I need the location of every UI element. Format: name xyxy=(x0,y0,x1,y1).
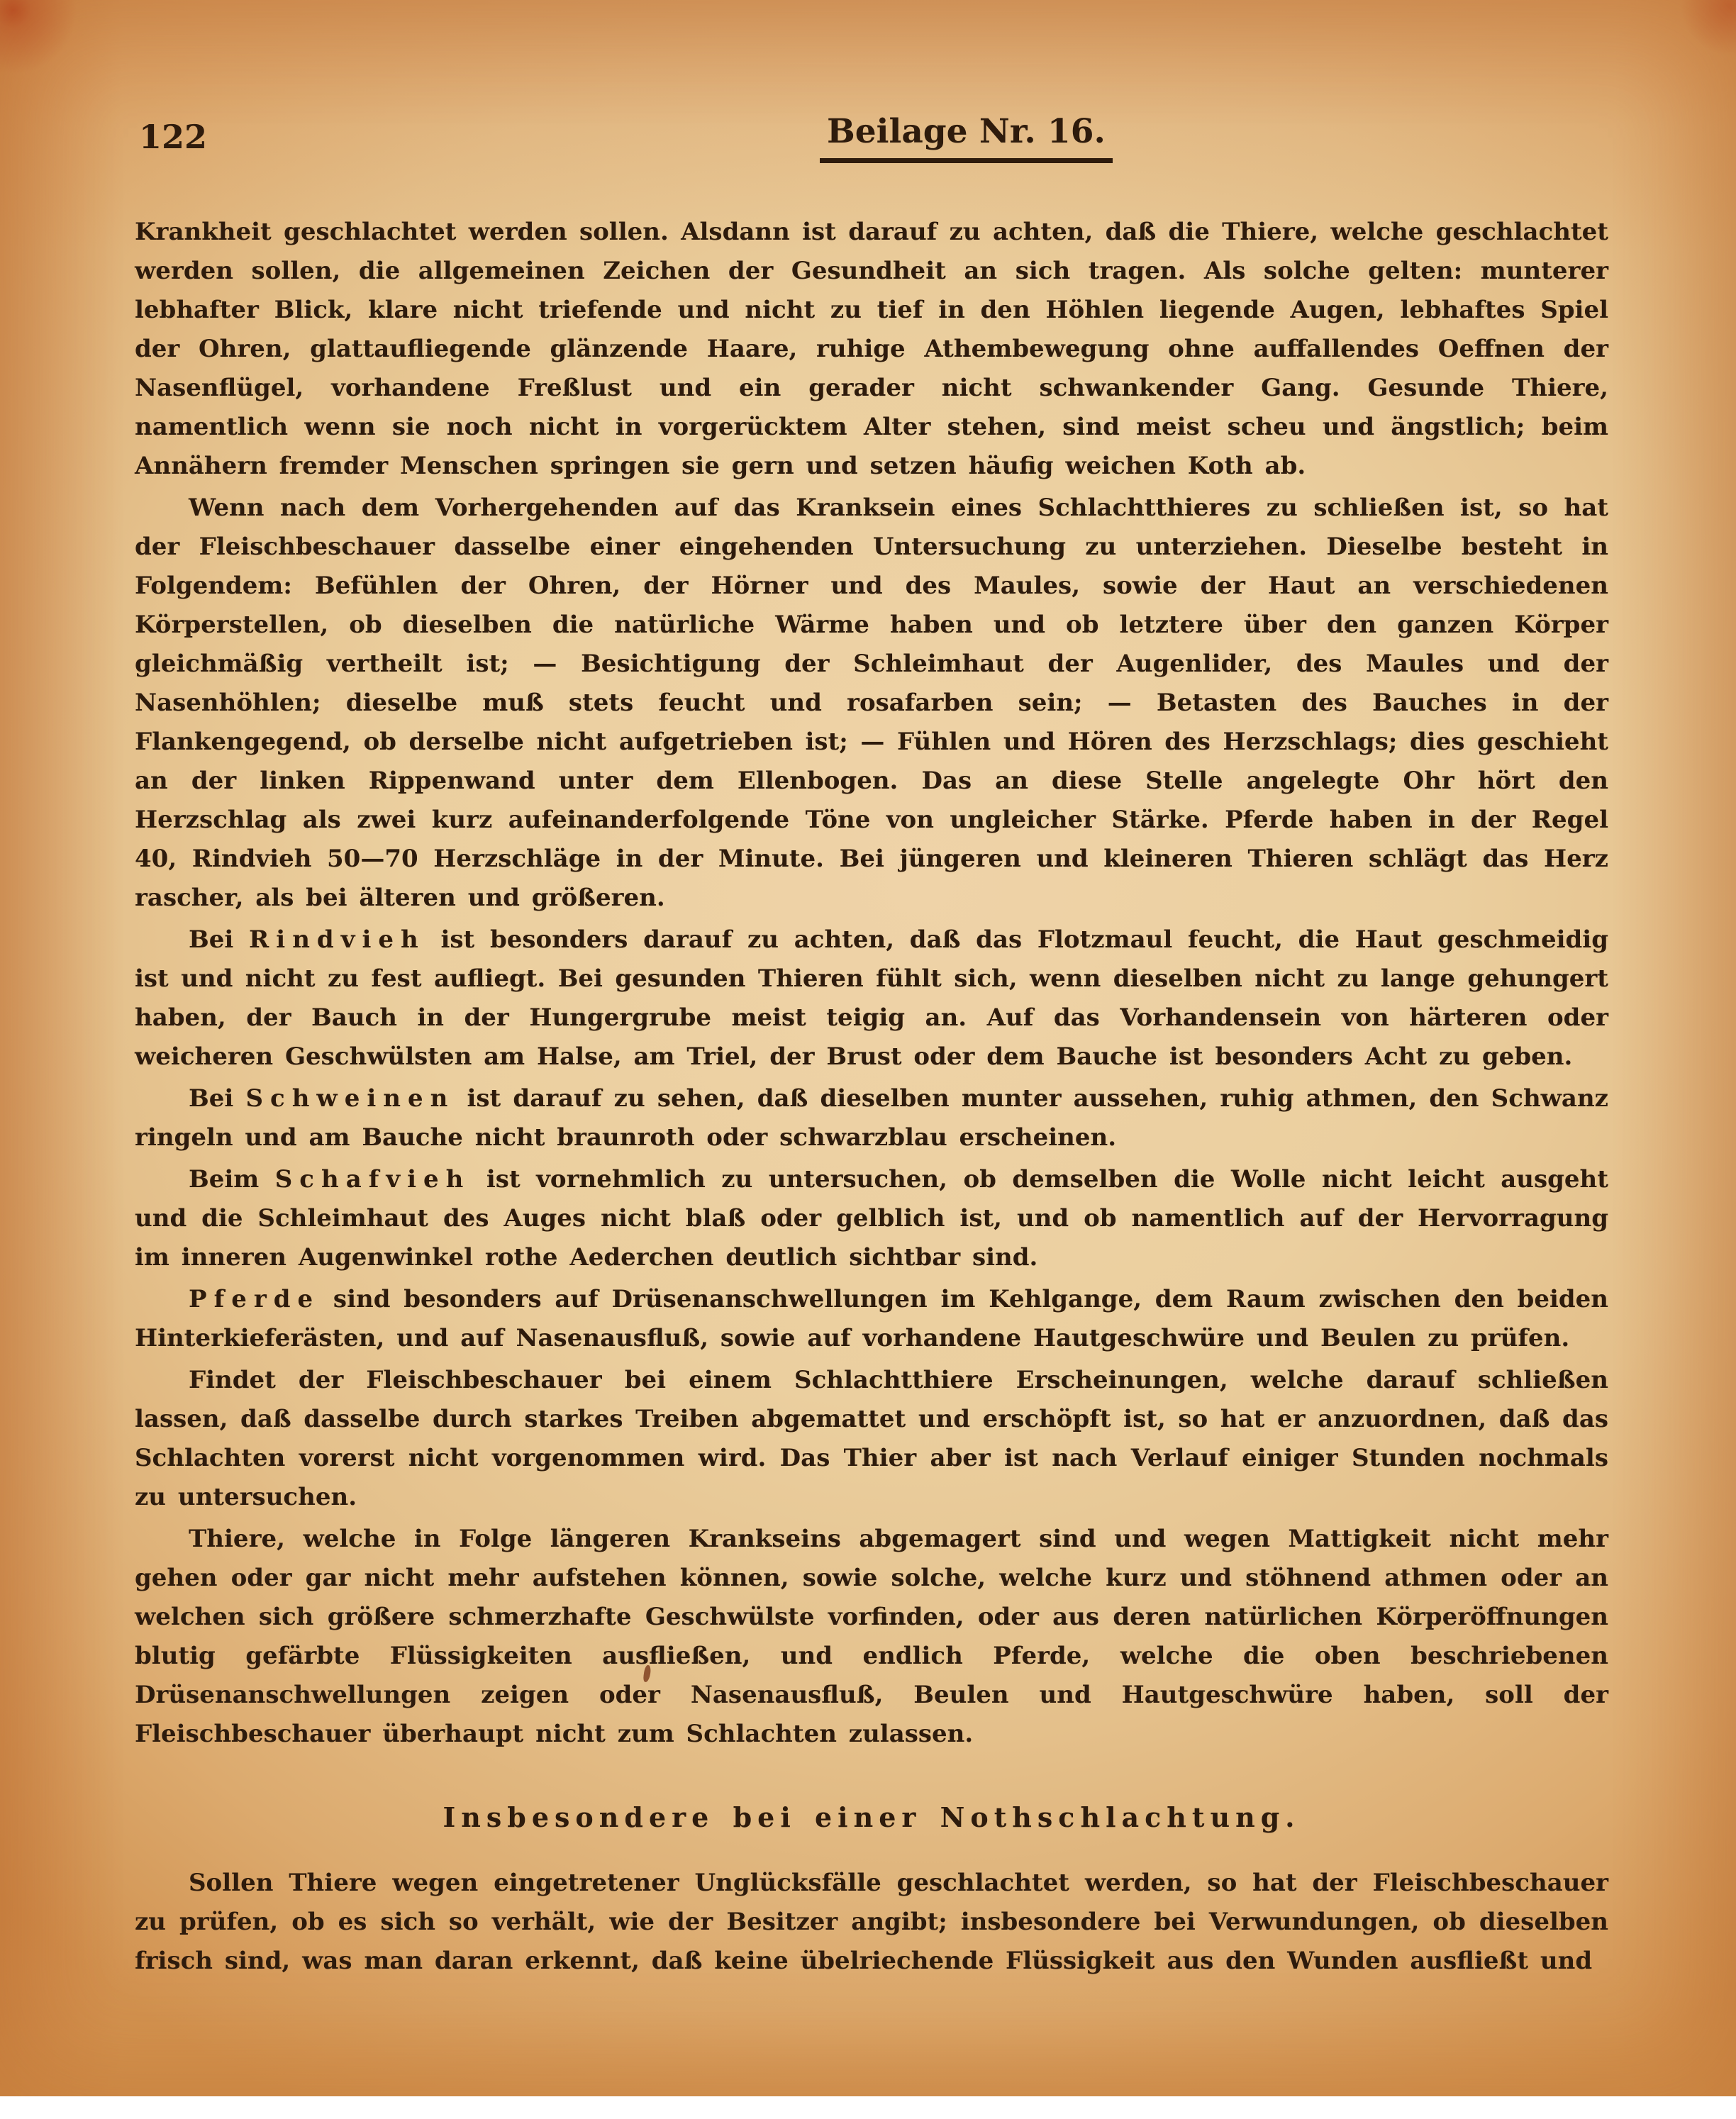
emphasized-term: Schafvieh xyxy=(275,1165,471,1194)
paragraph: Krankheit geschlachtet werden sollen. Al… xyxy=(135,213,1608,486)
emphasized-term: Pferde xyxy=(189,1285,320,1313)
emphasized-term: Schweinen xyxy=(245,1084,455,1113)
paragraph: Beim Schafvieh ist vornehmlich zu unters… xyxy=(135,1160,1608,1277)
paragraph: Findet der Fleischbeschauer bei einem Sc… xyxy=(135,1361,1608,1517)
header-title: Beilage Nr. 16. xyxy=(820,112,1113,163)
paragraph: Wenn nach dem Vorhergehenden auf das Kra… xyxy=(135,489,1608,918)
paragraph-text: Thiere, welche in Folge längeren Krankse… xyxy=(135,1525,1608,1748)
paragraph-text: sind besonders auf Drüsenanschwellungen … xyxy=(135,1285,1608,1352)
page-number: 122 xyxy=(139,118,207,156)
paragraph-prefix: Beim xyxy=(189,1165,275,1194)
paragraph-prefix: Bei xyxy=(189,1084,245,1113)
paragraph-text: Wenn nach dem Vorhergehenden auf das Kra… xyxy=(135,494,1608,912)
section-heading: Insbesondere bei einer Nothschlachtung. xyxy=(135,1798,1608,1837)
document-body: Krankheit geschlachtet werden sollen. Al… xyxy=(135,213,1608,1984)
document-page: 122 Beilage Nr. 16. Krankheit geschlacht… xyxy=(0,0,1736,2096)
paragraph-text: Sollen Thiere wegen eingetretener Unglüc… xyxy=(135,1869,1608,1975)
paragraph: Sollen Thiere wegen eingetretener Unglüc… xyxy=(135,1864,1608,1981)
paragraph: Bei Rindvieh ist besonders darauf zu ach… xyxy=(135,921,1608,1077)
paragraph: Bei Schweinen ist darauf zu sehen, daß d… xyxy=(135,1079,1608,1157)
emphasized-term: Rindvieh xyxy=(249,925,425,954)
paragraph: Pferde sind besonders auf Drüsenanschwel… xyxy=(135,1280,1608,1358)
paragraph: Thiere, welche in Folge längeren Krankse… xyxy=(135,1520,1608,1754)
paragraph-text: Findet der Fleischbeschauer bei einem Sc… xyxy=(135,1366,1608,1511)
paragraph-prefix: Bei xyxy=(189,925,249,954)
paragraph-text: Krankheit geschlachtet werden sollen. Al… xyxy=(135,218,1608,480)
